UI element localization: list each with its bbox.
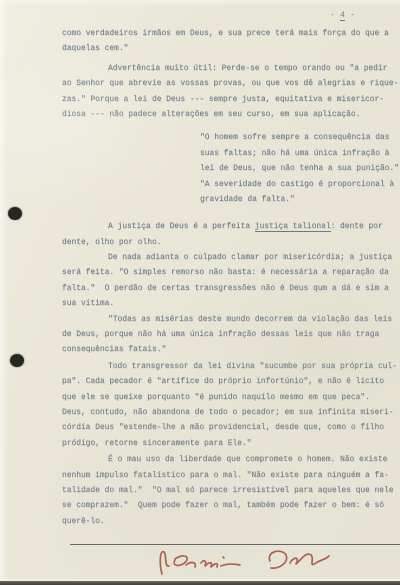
signature-stroke (174, 556, 195, 567)
text-line: querê-lo. (62, 514, 398, 529)
text-line: De nada adianta o culpado clamar por mis… (62, 250, 398, 265)
signature-stroke (160, 552, 169, 574)
text-segment: : dente por (331, 222, 383, 231)
text-segment: de Deus, porque não há uma única infraçã… (62, 330, 379, 339)
text-line: de Deus, porque não há uma única infraçã… (62, 327, 398, 342)
text-line: se comprazem." Quem pode fazer o mal, ta… (62, 498, 398, 513)
text-segment: se comprazem." Quem pode fazer o mal, ta… (62, 501, 384, 510)
text-segment: diosa --- não padece alterações em seu c… (62, 110, 360, 119)
text-segment: É o mau uso da liberdade que compromete … (108, 455, 387, 464)
text-line: "O homem sofre sempre a consequência das (200, 130, 398, 145)
scanned-page: - 4 - como verdadeiros irmãos em Deus, e… (0, 0, 400, 585)
text-line: lei de Deus, que não tenha a sua punição… (200, 161, 398, 176)
scan-edge-bottom-dark (0, 581, 400, 585)
paragraph: É o mau uso da liberdade que compromete … (62, 452, 398, 529)
text-segment: lei de Deus, que não tenha a sua punição… (200, 164, 399, 173)
text-segment: "O homem sofre sempre a consequência das (200, 133, 389, 142)
text-line: nenhum impulso fatalístico para o mal. "… (62, 468, 398, 483)
text-line: zas." Porque a lei de Deus --- sempre ju… (62, 92, 398, 107)
paragraph: Todo transgressor da lei divina "sucumbe… (62, 359, 398, 451)
text-segment: ao Senhor que abrevie as vossas provas, … (62, 79, 398, 88)
text-segment: querê-lo. (62, 517, 105, 526)
text-line: diosa --- não padece alterações em seu c… (62, 107, 398, 122)
text-segment: que ele se queixe porquanto "é punido na… (62, 393, 370, 402)
text-segment: talidade do mal." "O mal só parece irres… (62, 486, 393, 495)
punch-hole (10, 354, 24, 367)
text-segment: nenhum impulso fatalístico para o mal. "… (62, 471, 389, 480)
signature-stroke (290, 554, 329, 564)
text-line: "Todas as misérias deste mundo decorrem … (62, 312, 398, 327)
text-line: como verdadeiros irmãos em Deus, e sua p… (62, 26, 398, 41)
text-line: falta." O perdão de certas transgressões… (62, 281, 398, 296)
text-line: talidade do mal." "O mal só parece irres… (62, 483, 398, 498)
underlined-text: justiça talional (255, 222, 331, 232)
text-segment: consequências fatais." (62, 345, 166, 354)
text-line: consequências fatais." (62, 342, 398, 357)
text-line: será feita. "O simples remorso não basta… (62, 265, 398, 280)
text-line: Todo transgressor da lei divina "sucumbe… (62, 359, 398, 374)
text-line: É o mau uso da liberdade que compromete … (62, 452, 398, 467)
text-line: Deus, contudo, não abandona de todo o pe… (62, 405, 398, 420)
paragraph: Advertência muito útil: Perde-se o tempo… (62, 61, 398, 123)
paragraph: "O homem sofre sempre a consequência das… (200, 130, 398, 207)
text-segment: pa". Cada pecador é "artífice do próprio… (62, 377, 384, 386)
text-line: pa". Cada pecador é "artífice do próprio… (62, 374, 398, 389)
document-body: como verdadeiros irmãos em Deus, e sua p… (62, 26, 398, 529)
scan-edge-top (0, 0, 400, 6)
text-segment: zas." Porque a lei de Deus --- sempre ju… (62, 95, 384, 104)
text-line: dente, olho por olho. (62, 235, 398, 250)
page-number: - 4 - (330, 11, 355, 20)
text-segment: dente, olho por olho. (62, 238, 161, 247)
scan-edge-left (0, 0, 8, 585)
text-segment: A justiça de Deus é a perfeita (108, 222, 255, 231)
paragraph: "Todas as misérias deste mundo decorrem … (62, 312, 398, 358)
text-segment: sua vítima. (62, 299, 114, 308)
text-segment: daquelas cem." (62, 44, 128, 53)
text-line: ao Senhor que abrevie as vossas provas, … (62, 76, 398, 91)
paragraph: De nada adianta o culpado clamar por mis… (62, 250, 398, 312)
text-line: pródigo, retorne sinceramente para Ele." (62, 436, 398, 451)
punch-hole (8, 207, 22, 220)
signature-stroke (269, 551, 286, 568)
text-segment: - (345, 11, 355, 20)
text-line: que ele se queixe porquanto "é punido na… (62, 390, 398, 405)
text-line: suas faltas; não há uma única infração à (200, 146, 398, 161)
text-segment: De nada adianta o culpado clamar por mis… (108, 253, 392, 262)
text-segment: pródigo, retorne sinceramente para Ele." (62, 439, 251, 448)
text-segment: Todo transgressor da lei divina "sucumbe… (108, 362, 397, 371)
text-line: córdia Deus "estende-lhe a mão providenc… (62, 420, 398, 435)
text-line: gravidade da falta." (200, 192, 398, 207)
text-line: "A severidade do castigo é proporcional … (200, 177, 398, 192)
paragraph: A justiça de Deus é a perfeita justiça t… (62, 219, 398, 250)
text-segment: córdia Deus "estende-lhe a mão providenc… (62, 423, 384, 432)
signature-stroke (221, 564, 240, 566)
text-segment: gravidade da falta." (200, 195, 295, 204)
text-segment: - (330, 11, 340, 20)
text-segment: será feita. "O simples remorso não basta… (62, 268, 389, 277)
text-segment: "Todas as misérias deste mundo decorrem … (108, 315, 392, 324)
text-segment: como verdadeiros irmãos em Deus, e sua p… (62, 29, 389, 38)
text-segment: falta." O perdão de certas transgressões… (62, 284, 389, 293)
text-line: A justiça de Deus é a perfeita justiça t… (62, 219, 398, 234)
text-line: daquelas cem." (62, 41, 398, 56)
text-segment: suas faltas; não há uma única infração à (200, 149, 389, 158)
text-line: sua vítima. (62, 296, 398, 311)
signature-stroke (201, 561, 218, 567)
paragraph: como verdadeiros irmãos em Deus, e sua p… (62, 26, 398, 57)
text-segment: Advertência muito útil: Perde-se o tempo… (108, 64, 387, 73)
text-segment: "A severidade do castigo é proporcional … (200, 180, 394, 189)
handwritten-signature (148, 541, 348, 583)
text-segment: Deus, contudo, não abandona de todo o pe… (62, 408, 393, 417)
text-line: Advertência muito útil: Perde-se o tempo… (62, 61, 398, 76)
signature-stroke (223, 557, 224, 558)
